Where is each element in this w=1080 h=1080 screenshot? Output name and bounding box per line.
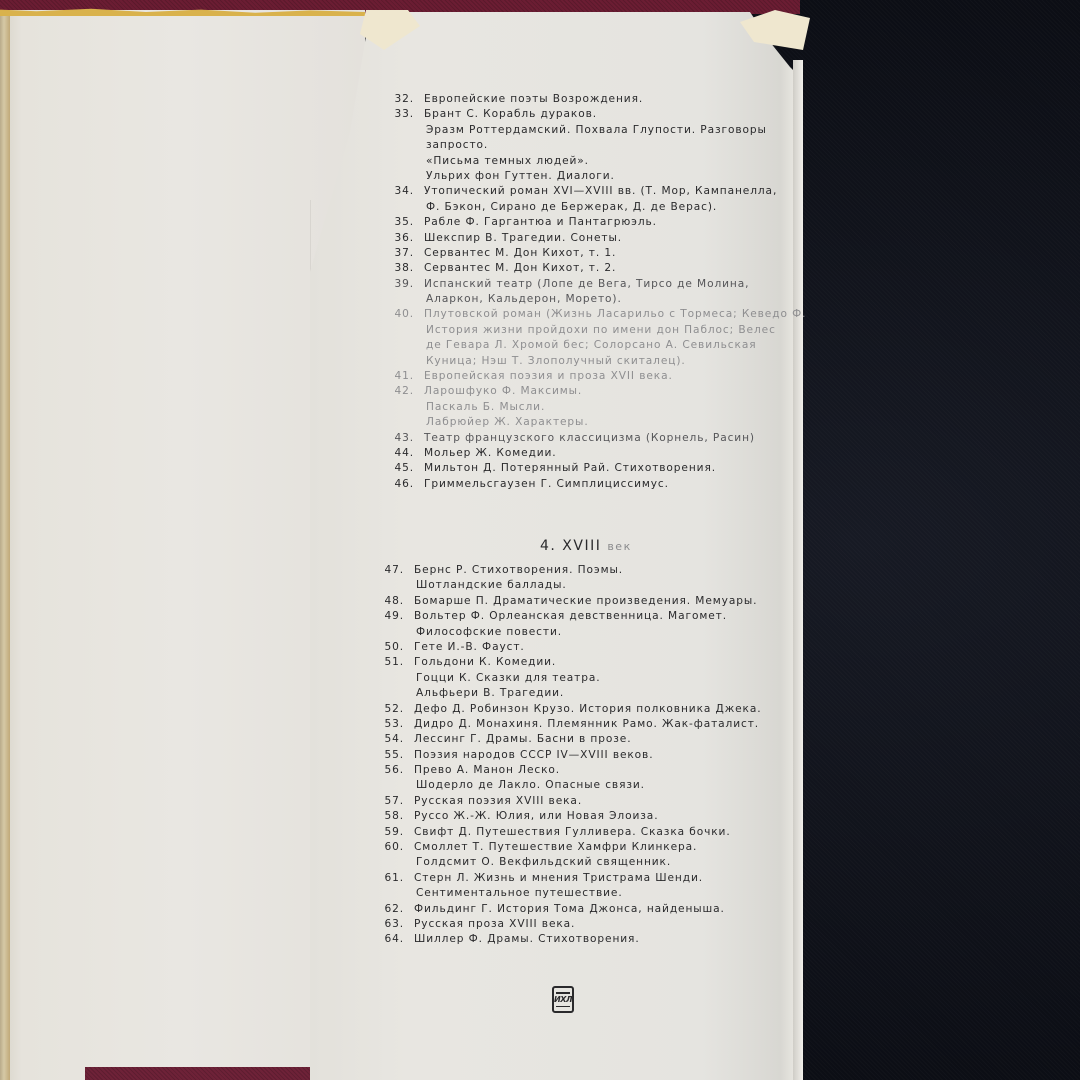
item-title: Театр французского классицизма (Корнель,…	[424, 431, 755, 446]
list-item: 35.Рабле Ф. Гаргантюа и Пантагрюэль.	[380, 215, 800, 230]
list-item: Эразм Роттердамский. Похвала Глупости. Р…	[380, 123, 800, 138]
item-title: Гете И.-В. Фауст.	[414, 640, 525, 655]
item-title: Ларошфуко Ф. Максимы.	[424, 384, 582, 399]
series-list-part2: 47.Бернс Р. Стихотворения. Поэмы.Шотланд…	[370, 563, 790, 948]
list-item: 52.Дефо Д. Робинзон Крузо. История полко…	[370, 702, 790, 717]
item-number: 53.	[370, 717, 404, 732]
item-number: 37.	[380, 246, 414, 261]
list-item: 57.Русская поэзия XVIII века.	[370, 794, 790, 809]
item-title: Руссо Ж.-Ж. Юлия, или Новая Элоиза.	[414, 809, 658, 824]
item-title: Ф. Бэкон, Сирано де Бержерак, Д. де Вера…	[426, 200, 717, 215]
endpaper-edge	[0, 10, 10, 1080]
item-title: Плутовской роман (Жизнь Ласарильо с Торм…	[424, 307, 806, 322]
list-item: 60.Смоллет Т. Путешествие Хамфри Клинкер…	[370, 840, 790, 855]
list-item: Аларкон, Кальдерон, Морето).	[380, 292, 800, 307]
item-number: 46.	[380, 477, 414, 492]
list-item: 40.Плутовской роман (Жизнь Ласарильо с Т…	[380, 307, 800, 322]
item-number: 33.	[380, 107, 414, 122]
list-item: 62.Фильдинг Г. История Тома Джонса, найд…	[370, 902, 790, 917]
list-item: История жизни пройдохи по имени дон Пабл…	[380, 323, 800, 338]
list-item: 37.Сервантес М. Дон Кихот, т. 1.	[380, 246, 800, 261]
list-item: Ф. Бэкон, Сирано де Бержерак, Д. де Вера…	[380, 200, 800, 215]
list-item: 63.Русская проза XVIII века.	[370, 917, 790, 932]
item-title: Паскаль Б. Мысли.	[426, 400, 545, 415]
list-item: 42.Ларошфуко Ф. Максимы.	[380, 384, 800, 399]
item-title: Гоцци К. Сказки для театра.	[416, 671, 601, 686]
list-item: 43.Театр французского классицизма (Корне…	[380, 431, 800, 446]
book-cover-cloth-bottom	[85, 1067, 310, 1080]
item-number: 64.	[370, 932, 404, 947]
item-number: 62.	[370, 902, 404, 917]
list-item: 39.Испанский театр (Лопе де Вега, Тирсо …	[380, 277, 800, 292]
item-title: Свифт Д. Путешествия Гулливера. Сказка б…	[414, 825, 731, 840]
item-title: Мильтон Д. Потерянный Рай. Стихотворения…	[424, 461, 716, 476]
list-item: 55.Поэзия народов СССР IV—XVIII веков.	[370, 748, 790, 763]
section-word: век	[607, 540, 631, 553]
item-number: 55.	[370, 748, 404, 763]
item-number: 48.	[370, 594, 404, 609]
item-number: 57.	[370, 794, 404, 809]
item-number: 49.	[370, 609, 404, 624]
item-title: История жизни пройдохи по имени дон Пабл…	[426, 323, 776, 338]
list-item: 51.Гольдони К. Комедии.	[370, 655, 790, 670]
item-title: Русская поэзия XVIII века.	[414, 794, 582, 809]
list-item: 34.Утопический роман XVI—XVIII вв. (Т. М…	[380, 184, 800, 199]
list-item: Паскаль Б. Мысли.	[380, 400, 800, 415]
item-number: 42.	[380, 384, 414, 399]
item-title: Вольтер Ф. Орлеанская девственница. Маго…	[414, 609, 727, 624]
list-item: 41.Европейская поэзия и проза XVII века.	[380, 369, 800, 384]
item-title: Фильдинг Г. История Тома Джонса, найдены…	[414, 902, 725, 917]
list-item: Шотландские баллады.	[370, 578, 790, 593]
list-item: 49.Вольтер Ф. Орлеанская девственница. М…	[370, 609, 790, 624]
list-item: Ульрих фон Гуттен. Диалоги.	[380, 169, 800, 184]
list-item: 38.Сервантес М. Дон Кихот, т. 2.	[380, 261, 800, 276]
item-number: 59.	[370, 825, 404, 840]
list-item: Шодерло де Лакло. Опасные связи.	[370, 778, 790, 793]
item-number: 58.	[370, 809, 404, 824]
item-number: 34.	[380, 184, 414, 199]
item-title: Рабле Ф. Гаргантюа и Пантагрюэль.	[424, 215, 657, 230]
item-title: Эразм Роттердамский. Похвала Глупости. Р…	[426, 123, 767, 138]
item-title: Альфьери В. Трагедии.	[416, 686, 564, 701]
item-title: Гриммельсгаузен Г. Симплициссимус.	[424, 477, 669, 492]
list-item: Лабрюйер Ж. Характеры.	[380, 415, 800, 430]
item-number: 43.	[380, 431, 414, 446]
section-heading: 4. XVIII век	[540, 538, 632, 554]
item-title: Сервантес М. Дон Кихот, т. 1.	[424, 246, 616, 261]
item-number: 63.	[370, 917, 404, 932]
item-number: 54.	[370, 732, 404, 747]
item-title: Аларкон, Кальдерон, Морето).	[426, 292, 622, 307]
list-item: «Письма темных людей».	[380, 154, 800, 169]
list-item: 45.Мильтон Д. Потерянный Рай. Стихотворе…	[380, 461, 800, 476]
item-title: Русская проза XVIII века.	[414, 917, 575, 932]
list-item: 56.Прево А. Манон Леско.	[370, 763, 790, 778]
publisher-logo-icon: ИХЛ	[552, 986, 574, 1013]
item-title: Бомарше П. Драматические произведения. М…	[414, 594, 757, 609]
item-number: 51.	[370, 655, 404, 670]
item-title: Шотландские баллады.	[416, 578, 567, 593]
item-title: де Гевара Л. Хромой бес; Солорсано А. Се…	[426, 338, 756, 353]
item-title: Прево А. Манон Леско.	[414, 763, 560, 778]
list-item: Альфьери В. Трагедии.	[370, 686, 790, 701]
item-number: 35.	[380, 215, 414, 230]
series-list-part1: 32.Европейские поэты Возрождения.33.Бран…	[380, 92, 800, 492]
item-number: 38.	[380, 261, 414, 276]
item-title: Сервантес М. Дон Кихот, т. 2.	[424, 261, 616, 276]
list-item: де Гевара Л. Хромой бес; Солорсано А. Се…	[380, 338, 800, 353]
item-number: 44.	[380, 446, 414, 461]
item-title: Мольер Ж. Комедии.	[424, 446, 557, 461]
list-item: Сентиментальное путешествие.	[370, 886, 790, 901]
list-item: 58.Руссо Ж.-Ж. Юлия, или Новая Элоиза.	[370, 809, 790, 824]
item-number: 52.	[370, 702, 404, 717]
item-title: Ульрих фон Гуттен. Диалоги.	[426, 169, 615, 184]
item-number: 32.	[380, 92, 414, 107]
item-number: 39.	[380, 277, 414, 292]
item-title: «Письма темных людей».	[426, 154, 589, 169]
item-number: 40.	[380, 307, 414, 322]
item-title: Поэзия народов СССР IV—XVIII веков.	[414, 748, 653, 763]
list-item: 36.Шекспир В. Трагедии. Сонеты.	[380, 231, 800, 246]
item-title: Брант С. Корабль дураков.	[424, 107, 597, 122]
item-number: 60.	[370, 840, 404, 855]
list-item: 32.Европейские поэты Возрождения.	[380, 92, 800, 107]
item-number: 47.	[370, 563, 404, 578]
item-number: 56.	[370, 763, 404, 778]
item-number: 41.	[380, 369, 414, 384]
item-title: Шодерло де Лакло. Опасные связи.	[416, 778, 645, 793]
item-title: Лессинг Г. Драмы. Басни в прозе.	[414, 732, 631, 747]
item-title: Испанский театр (Лопе де Вега, Тирсо де …	[424, 277, 749, 292]
item-title: Куница; Нэш Т. Злополучный скиталец).	[426, 354, 686, 369]
item-title: Сентиментальное путешествие.	[416, 886, 623, 901]
list-item: 50.Гете И.-В. Фауст.	[370, 640, 790, 655]
section-number: 4. XVIII	[540, 538, 601, 554]
list-item: Голдсмит О. Векфильдский священник.	[370, 855, 790, 870]
item-number: 61.	[370, 871, 404, 886]
item-title: Смоллет Т. Путешествие Хамфри Клинкера.	[414, 840, 697, 855]
item-title: Бернс Р. Стихотворения. Поэмы.	[414, 563, 623, 578]
item-title: Утопический роман XVI—XVIII вв. (Т. Мор,…	[424, 184, 777, 199]
item-title: Голдсмит О. Векфильдский священник.	[416, 855, 671, 870]
item-title: Европейская поэзия и проза XVII века.	[424, 369, 673, 384]
item-title: Европейские поэты Возрождения.	[424, 92, 643, 107]
list-item: 46.Гриммельсгаузен Г. Симплициссимус.	[380, 477, 800, 492]
item-title: Философские повести.	[416, 625, 562, 640]
list-item: 48.Бомарше П. Драматические произведения…	[370, 594, 790, 609]
list-item: 61.Стерн Л. Жизнь и мнения Тристрама Шен…	[370, 871, 790, 886]
item-title: Дидро Д. Монахиня. Племянник Рамо. Жак-ф…	[414, 717, 759, 732]
list-item: 44.Мольер Ж. Комедии.	[380, 446, 800, 461]
item-number: 36.	[380, 231, 414, 246]
list-item: 59.Свифт Д. Путешествия Гулливера. Сказк…	[370, 825, 790, 840]
list-item: 64.Шиллер Ф. Драмы. Стихотворения.	[370, 932, 790, 947]
list-item: запросто.	[380, 138, 800, 153]
list-item: 54.Лессинг Г. Драмы. Басни в прозе.	[370, 732, 790, 747]
item-title: Лабрюйер Ж. Характеры.	[426, 415, 589, 430]
item-title: запросто.	[426, 138, 488, 153]
item-title: Гольдони К. Комедии.	[414, 655, 556, 670]
item-title: Шиллер Ф. Драмы. Стихотворения.	[414, 932, 640, 947]
list-item: Гоцци К. Сказки для театра.	[370, 671, 790, 686]
item-number: 50.	[370, 640, 404, 655]
list-item: Куница; Нэш Т. Злополучный скиталец).	[380, 354, 800, 369]
item-title: Дефо Д. Робинзон Крузо. История полковни…	[414, 702, 762, 717]
item-title: Шекспир В. Трагедии. Сонеты.	[424, 231, 622, 246]
list-item: 47.Бернс Р. Стихотворения. Поэмы.	[370, 563, 790, 578]
list-item: 53.Дидро Д. Монахиня. Племянник Рамо. Жа…	[370, 717, 790, 732]
list-item: Философские повести.	[370, 625, 790, 640]
publisher-logo-text: ИХЛ	[554, 995, 572, 1004]
list-item: 33.Брант С. Корабль дураков.	[380, 107, 800, 122]
item-title: Стерн Л. Жизнь и мнения Тристрама Шенди.	[414, 871, 703, 886]
item-number: 45.	[380, 461, 414, 476]
